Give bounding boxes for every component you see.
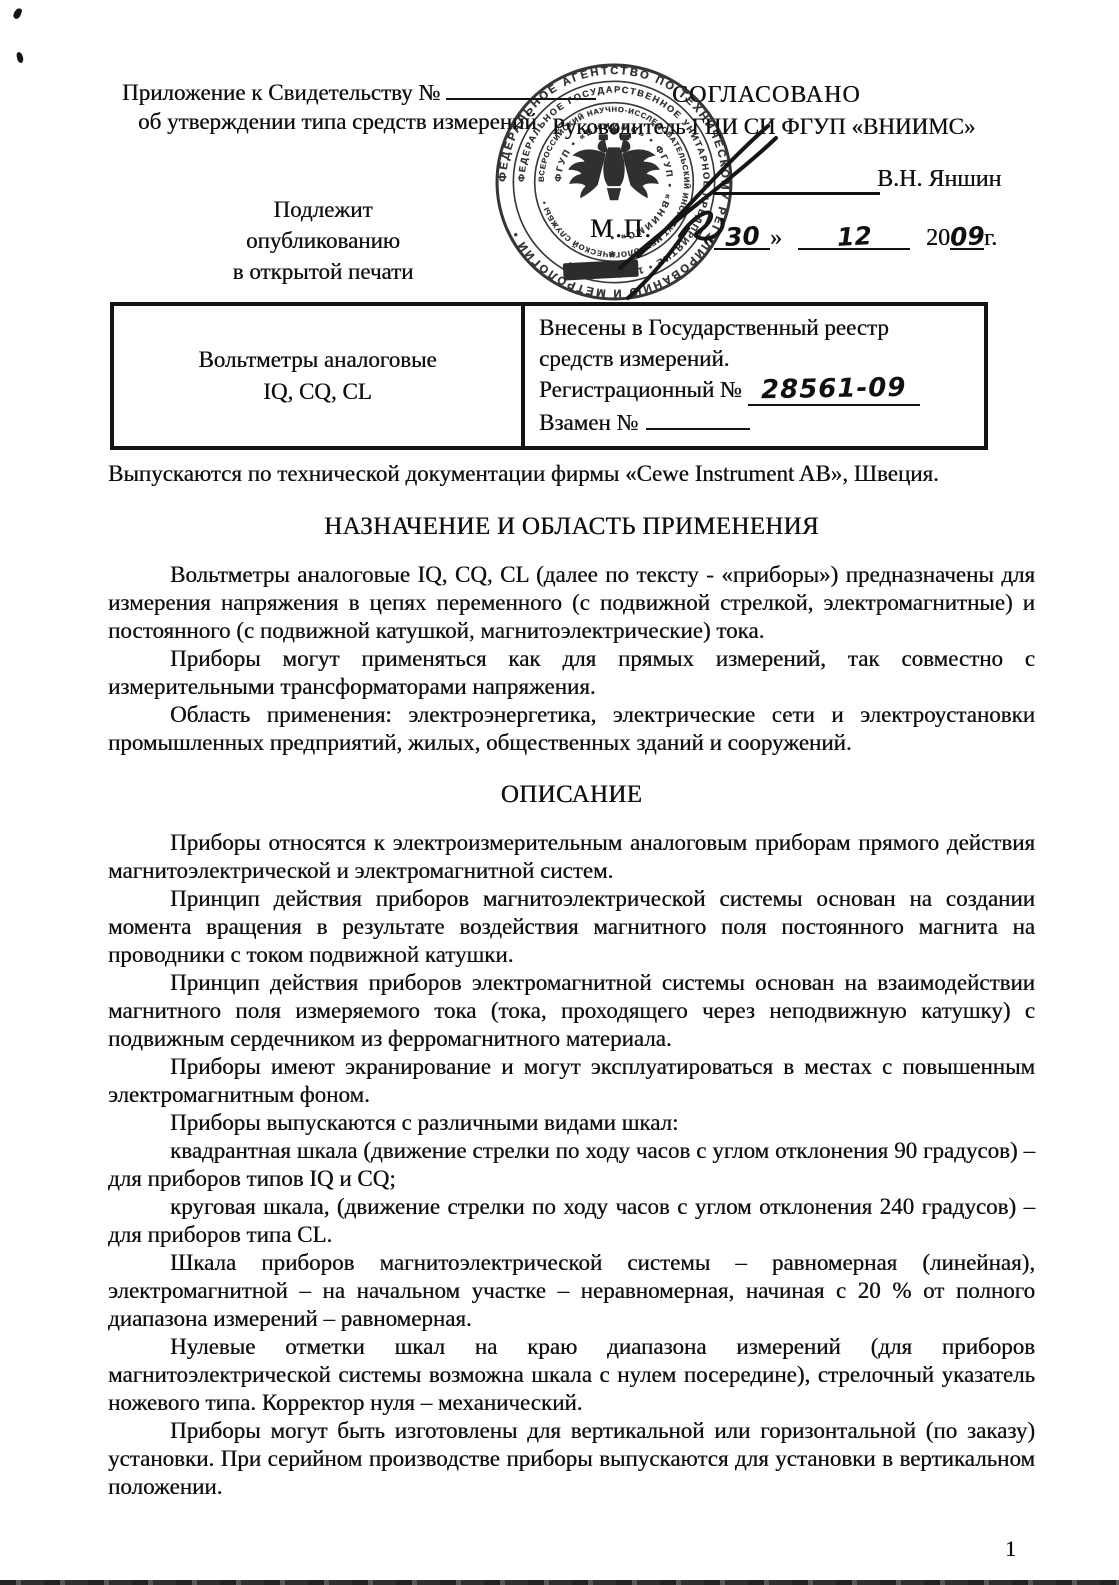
document-page: Приложение к Свидетельству № об утвержде… [0, 0, 1119, 1585]
signature-strokes [616, 116, 884, 306]
registration-number-row: Регистрационный № 28561-09 [539, 374, 972, 406]
date-open-quote: « [702, 225, 714, 251]
registration-number: 28561-09 [761, 373, 907, 407]
date-year-blank: 09 [950, 222, 984, 250]
device-name-cell: Вольтметры аналоговые IQ, CQ, CL [112, 304, 523, 448]
registry-line1: Внесены в Государственный реестр [539, 312, 972, 343]
table-row: Вольтметры аналоговые IQ, CQ, CL Внесены… [112, 304, 986, 448]
device-name-line1: Вольтметры аналоговые [115, 344, 520, 376]
date-day-blank: 30 [714, 222, 770, 250]
publish-note: Подлежит опубликованию в открытой печати [198, 194, 448, 287]
approver-name: В.Н. Яншин [877, 166, 1001, 193]
paragraph: Область применения: электроэнергетика, э… [108, 701, 1035, 757]
paragraph: Приборы имеют экранирование и могут эксп… [108, 1053, 1035, 1109]
paragraph: Принцип действия приборов магнитоэлектри… [108, 885, 1035, 969]
date-month-blank: 12 [798, 222, 910, 250]
paragraph: Принцип действия приборов электромагнитн… [108, 969, 1035, 1053]
issued-line: Выпускаются по технической документации … [108, 459, 1035, 489]
paragraph: Приборы могут применяться как для прямых… [108, 645, 1035, 701]
registration-table: Вольтметры аналоговые IQ, CQ, CL Внесены… [110, 302, 988, 450]
blank-line [646, 406, 750, 430]
registration-number-label: Регистрационный № [539, 377, 742, 402]
scan-speck [12, 7, 22, 20]
annex-line1: Приложение к Свидетельству № [122, 80, 440, 105]
date-century: 20 [926, 225, 950, 251]
date-close-quote: » [770, 225, 782, 251]
paragraph: круговая шкала, (движение стрелки по ход… [108, 1193, 1035, 1249]
publish-line1: Подлежит опубликованию [198, 194, 448, 256]
approval-date: «30»122009г. [702, 222, 997, 252]
date-year: 09 [949, 221, 985, 252]
date-month: 12 [836, 221, 872, 252]
replacement-row: Взамен № [539, 406, 972, 438]
scan-speck [16, 51, 24, 63]
paragraph: Приборы могут быть изготовлены для верти… [108, 1417, 1035, 1501]
page-number: 1 [1005, 1536, 1016, 1562]
scan-edge-artifact [0, 1580, 1119, 1585]
date-day: 30 [724, 221, 760, 252]
section-heading-description: ОПИСАНИЕ [108, 781, 1035, 809]
signature-ink [620, 126, 776, 298]
registry-cell: Внесены в Государственный реестр средств… [523, 304, 986, 448]
paragraph: Шкала приборов магнитоэлектрической сист… [108, 1249, 1035, 1333]
document-body: Вольтметры аналоговые IQ, CQ, CL Внесены… [108, 300, 1035, 1501]
paragraph: Приборы выпускаются с различными видами … [108, 1109, 1035, 1137]
signature-line [713, 176, 880, 195]
date-era: г. [984, 225, 997, 251]
section-heading-purpose: НАЗНАЧЕНИЕ И ОБЛАСТЬ ПРИМЕНЕНИЯ [108, 513, 1035, 541]
publish-line2: в открытой печати [198, 256, 448, 287]
registry-line2: средств измерений. [539, 343, 972, 374]
replacement-label: Взамен № [539, 410, 638, 435]
paragraph: Приборы относятся к электроизмерительным… [108, 829, 1035, 885]
paragraph: квадрантная шкала (движение стрелки по х… [108, 1137, 1035, 1193]
registration-number-blank: 28561-09 [748, 374, 920, 406]
paragraph: Нулевые отметки шкал на краю диапазона и… [108, 1333, 1035, 1417]
device-name-line2: IQ, CQ, CL [115, 376, 520, 408]
paragraph: Вольтметры аналоговые IQ, CQ, CL (далее … [108, 561, 1035, 645]
